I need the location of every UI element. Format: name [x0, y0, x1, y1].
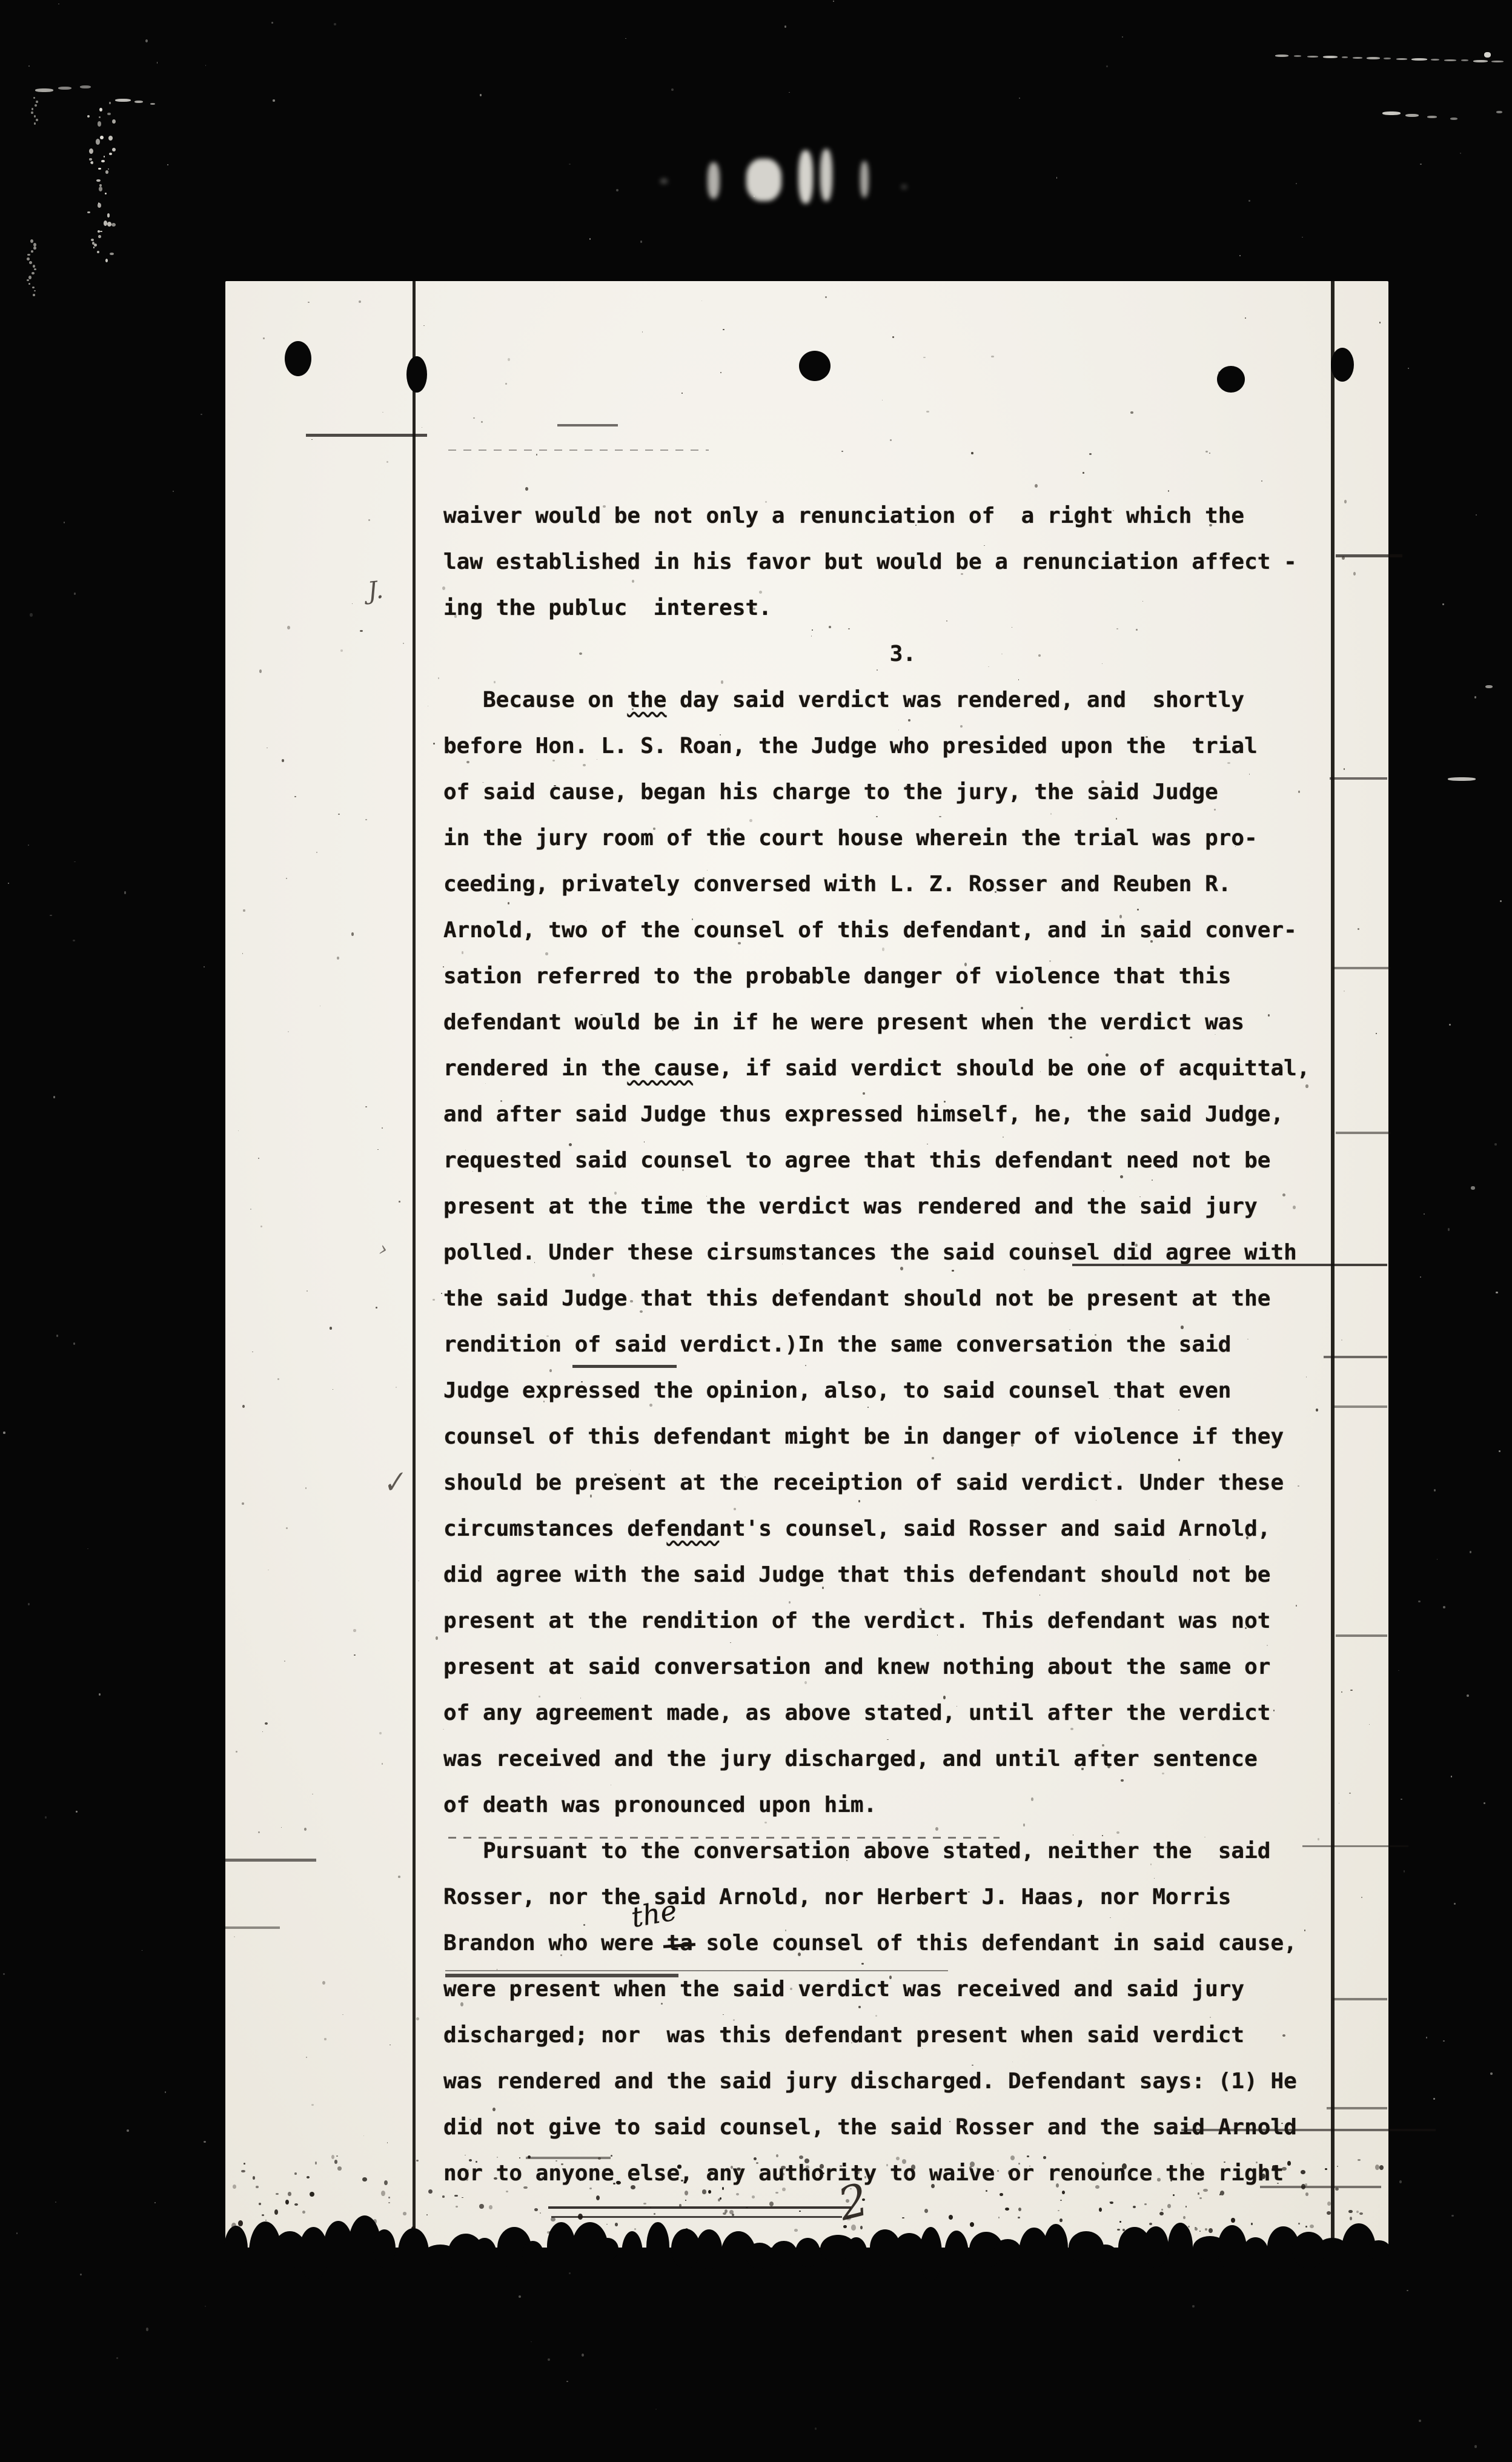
film-edge-mark: [150, 103, 155, 105]
film-speck: [1443, 2040, 1445, 2042]
ink-speck: [244, 2163, 245, 2165]
film-edge-writing-speck: [107, 213, 110, 217]
film-speck: [50, 915, 51, 916]
ink-speck: [1102, 1744, 1104, 1747]
ink-speck: [525, 487, 528, 491]
ink-speck: [1220, 2191, 1224, 2195]
film-edge-mark: [1491, 61, 1504, 62]
ink-speck: [932, 1457, 933, 1459]
torn-edge-blob: [522, 2241, 543, 2266]
typed-text: circumstances def: [443, 1516, 666, 1541]
film-edge-writing-speck: [110, 253, 114, 256]
ink-speck: [940, 704, 941, 706]
film-edge-writing-speck: [31, 272, 35, 274]
film-speck: [1418, 1601, 1420, 1602]
ink-speck: [286, 878, 287, 879]
film-edge-writing-speck: [28, 283, 30, 285]
film-background: waiver would be not only a renunciation …: [0, 0, 1512, 2462]
ink-speck: [340, 649, 343, 651]
film-edge-writing-speck: [111, 223, 116, 227]
ink-speck: [1189, 1559, 1190, 1560]
ink-speck: [1018, 2163, 1020, 2165]
ink-speck: [1008, 2170, 1012, 2175]
film-edge-mark: [115, 99, 131, 102]
film-speck: [1248, 200, 1250, 202]
scan-streak: [1333, 1998, 1387, 2000]
ink-speck: [1116, 818, 1117, 819]
ink-speck: [1348, 2210, 1352, 2213]
ink-speck: [746, 2207, 748, 2208]
ink-speck: [265, 1722, 268, 1725]
film-edge-mark: [1484, 52, 1491, 58]
typed-line: of any agreement made, as above stated, …: [443, 1700, 1270, 1727]
typed-line: the said Judge that this defendant shoul…: [443, 1286, 1270, 1312]
typed-line: requested said counsel to agree that thi…: [443, 1147, 1270, 1174]
hole-punch-mark: [1331, 348, 1354, 382]
typed-line: did not give to said counsel, the said R…: [443, 2114, 1297, 2141]
ink-speck: [1011, 1444, 1013, 1447]
ink-speck: [1277, 2183, 1279, 2184]
ink-speck: [1150, 940, 1152, 942]
ink-speck: [1115, 1616, 1115, 1617]
film-edge-mark: [1294, 55, 1301, 57]
ink-speck: [1282, 1193, 1285, 1196]
ink-speck: [988, 666, 989, 667]
ink-speck: [1003, 1136, 1004, 1138]
scan-streak: [445, 1970, 948, 1971]
scan-streak: [551, 2216, 842, 2218]
scan-streak: [1336, 554, 1402, 557]
ink-speck: [428, 2189, 433, 2194]
film-speck: [548, 2358, 550, 2361]
struck-out-word: tathe: [666, 1930, 692, 1957]
ink-speck: [466, 2080, 468, 2082]
ink-speck: [841, 792, 843, 794]
ink-speck: [924, 2209, 928, 2213]
ink-speck: [1060, 2200, 1062, 2201]
ink-speck: [723, 329, 724, 330]
ink-speck: [352, 603, 353, 604]
typed-line: was received and the jury discharged, an…: [443, 1746, 1258, 1773]
film-edge-writing-speck: [36, 119, 38, 121]
ink-speck: [920, 1608, 922, 1610]
ink-speck: [259, 2203, 262, 2205]
ink-speck: [1376, 1033, 1376, 1034]
ink-speck: [733, 2019, 735, 2021]
ink-speck: [806, 2165, 809, 2169]
film-edge-writing-speck: [32, 287, 35, 288]
film-edge-mark: [1342, 56, 1348, 58]
typed-line: rendition of said verdict.)In the same c…: [443, 1332, 1231, 1358]
typed-line: rendered in the cause, if said verdict s…: [443, 1055, 1310, 1082]
ink-speck: [294, 2172, 296, 2175]
ink-speck: [1296, 1605, 1297, 1607]
scan-streak: [1336, 1132, 1390, 1134]
left-margin-rule: [413, 281, 416, 2248]
ink-speck: [1023, 1823, 1026, 1827]
torn-edge-blob: [1044, 2224, 1068, 2272]
ink-speck: [583, 1924, 586, 1926]
film-speck: [205, 2306, 206, 2307]
ink-speck: [284, 1661, 285, 1662]
ink-speck: [545, 952, 548, 956]
ink-speck: [782, 2173, 784, 2175]
ink-speck: [906, 786, 907, 787]
film-speck: [80, 2274, 82, 2275]
ink-speck: [843, 2225, 847, 2229]
ink-speck: [701, 300, 702, 301]
film-edge-writing-speck: [91, 239, 94, 242]
ink-speck: [307, 1290, 308, 1292]
film-edge-writing-speck: [33, 97, 35, 99]
scan-streak: [1336, 1634, 1387, 1637]
ink-speck: [734, 1508, 736, 1510]
ink-speck: [579, 652, 582, 655]
film-edge-writing-speck: [98, 230, 100, 233]
ink-speck: [436, 1636, 439, 1640]
film-edge-writing-speck: [109, 153, 112, 154]
typed-line: sation referred to the probable danger o…: [443, 963, 1231, 990]
film-speck: [1302, 237, 1303, 238]
ink-speck: [1150, 1863, 1152, 1865]
film-edge-mark: [1450, 118, 1457, 120]
ink-speck: [1121, 1779, 1124, 1781]
ink-speck: [1325, 2168, 1327, 2170]
film-edge-writing-speck: [104, 156, 105, 158]
ink-speck: [971, 452, 973, 454]
film-speck: [204, 2141, 206, 2143]
film-edge-writing-speck: [112, 148, 116, 152]
ink-speck: [306, 2057, 307, 2058]
film-edge-writing-speck: [99, 184, 101, 187]
ink-speck: [661, 2003, 663, 2005]
ink-speck: [821, 2172, 824, 2175]
ink-speck: [1038, 1894, 1041, 1897]
ink-speck: [1245, 1627, 1247, 1629]
film-speck: [74, 592, 76, 595]
ink-speck: [304, 1828, 307, 1831]
frame-counter-blob: [660, 179, 668, 184]
typed-line: present at the rendition of the verdict.…: [443, 1608, 1270, 1634]
ink-speck: [1122, 2163, 1127, 2169]
ink-speck: [399, 1201, 400, 1202]
ink-speck: [416, 2017, 419, 2020]
torn-edge-blob: [771, 2241, 797, 2266]
typed-text: sole counsel of this defendant in said c…: [693, 1931, 1297, 1956]
film-speck: [1122, 36, 1123, 38]
film-speck: [154, 2202, 156, 2203]
ink-speck: [681, 393, 682, 393]
ink-speck: [1089, 453, 1092, 455]
ink-speck: [1103, 1190, 1104, 1192]
film-edge-writing-speck: [105, 170, 109, 174]
ink-speck: [360, 630, 362, 632]
ink-speck: [403, 2212, 407, 2215]
ink-speck: [1018, 2217, 1020, 2218]
film-speck: [1420, 1276, 1421, 1278]
film-speck: [1500, 900, 1502, 902]
ink-speck: [681, 2180, 683, 2182]
ink-speck: [997, 2170, 998, 2172]
ink-speck: [829, 626, 831, 628]
film-speck: [1437, 1559, 1438, 1560]
ink-speck: [250, 1209, 251, 1209]
scan-streak: [1330, 777, 1387, 780]
ink-speck: [634, 2228, 636, 2230]
ink-speck: [331, 2155, 335, 2159]
ink-speck: [1109, 1398, 1110, 1399]
film-speck: [1239, 255, 1241, 256]
ink-speck: [390, 2045, 391, 2045]
ink-speck: [1358, 2159, 1361, 2162]
ink-speck: [931, 2184, 935, 2188]
film-edge-writing-speck: [33, 265, 35, 268]
ink-speck: [1282, 2034, 1285, 2037]
ink-speck: [998, 2217, 1000, 2218]
film-edge-mark: [1353, 57, 1362, 59]
ink-speck: [782, 2188, 785, 2191]
film-speck: [1490, 2072, 1493, 2074]
film-edge-writing-speck: [112, 119, 116, 124]
ink-speck: [423, 325, 425, 326]
ink-speck: [1049, 960, 1051, 962]
film-speck: [1454, 1903, 1455, 1905]
film-speck: [1296, 183, 1297, 184]
ink-speck: [561, 2163, 563, 2165]
ink-speck: [915, 562, 916, 563]
ink-speck: [1227, 762, 1230, 764]
film-edge-writing-speck: [27, 254, 30, 256]
film-speck: [1424, 1213, 1425, 1215]
film-speck: [1433, 2098, 1435, 2100]
film-edge-mark: [80, 85, 91, 88]
ink-speck: [234, 1936, 235, 1937]
ink-speck: [1199, 2231, 1201, 2231]
typed-line: Rosser, nor the said Arnold, nor Herbert…: [443, 1884, 1231, 1911]
typed-line: counsel of this defendant might be in da…: [443, 1424, 1284, 1450]
film-speck: [833, 1, 834, 2]
film-speck: [53, 1096, 55, 1098]
ink-speck: [1256, 2162, 1258, 2163]
ink-speck: [1142, 601, 1143, 602]
film-speck: [655, 2409, 657, 2411]
film-edge-mark: [1396, 58, 1407, 60]
ink-speck: [1305, 2192, 1309, 2196]
film-speck: [87, 1548, 88, 1549]
typed-line: present at said conversation and knew no…: [443, 1654, 1270, 1681]
typed-text: nt's counsel, said Rosser and said Arnol…: [719, 1516, 1270, 1541]
typed-text: day said verdict was rendered, and short…: [666, 688, 1244, 712]
scan-streak: [1324, 1356, 1387, 1358]
film-edge-writing-speck: [100, 231, 103, 233]
typed-line: law established in his favor but would b…: [443, 549, 1297, 576]
ink-speck: [984, 545, 985, 546]
film-edge-writing-speck: [99, 187, 102, 191]
ink-speck: [1051, 1243, 1052, 1244]
ink-speck: [789, 1601, 791, 1604]
film-edge-writing-speck: [107, 113, 110, 116]
ink-speck: [497, 2157, 498, 2158]
film-edge-mark: [1427, 116, 1437, 118]
film-edge-mark: [58, 87, 71, 90]
ink-speck: [1070, 1728, 1073, 1730]
hole-punch-mark: [406, 356, 427, 393]
film-speck: [16, 2232, 18, 2234]
ink-speck: [362, 2177, 367, 2182]
torn-edge-blob: [472, 2238, 497, 2272]
ink-speck: [846, 2217, 851, 2220]
ink-speck: [1267, 1645, 1268, 1646]
ink-speck: [1249, 774, 1250, 775]
ink-speck: [324, 2038, 326, 2040]
ink-speck: [549, 1369, 552, 1372]
film-edge-mark: [1411, 58, 1427, 61]
typed-line: in the jury room of the court house wher…: [443, 825, 1258, 852]
ink-speck: [377, 1149, 378, 1150]
film-edge-writing-speck: [93, 247, 94, 248]
ink-speck: [342, 2014, 343, 2016]
ink-speck: [1246, 1536, 1248, 1539]
film-speck: [566, 2381, 568, 2382]
ink-speck: [443, 1729, 444, 1730]
ink-speck: [746, 2076, 747, 2077]
typed-line: Arnold, two of the counsel of this defen…: [443, 917, 1297, 944]
ink-speck: [1239, 1118, 1240, 1119]
ink-speck: [1149, 2223, 1152, 2225]
film-speck: [531, 2341, 532, 2342]
ink-speck: [316, 852, 317, 853]
typed-text: se, if said verdict should be one of acq…: [693, 1056, 1310, 1081]
ink-speck: [1173, 2194, 1175, 2196]
film-edge-writing-speck: [105, 193, 107, 194]
ink-speck: [1203, 2189, 1208, 2192]
film-speck: [204, 966, 205, 967]
torn-edge-blob: [373, 2229, 396, 2268]
ink-speck: [1110, 2202, 1113, 2205]
torn-edge-blob: [1168, 2223, 1193, 2271]
film-speck: [1476, 514, 1477, 516]
ink-speck: [1136, 629, 1138, 631]
ink-speck: [986, 2174, 989, 2177]
ink-speck: [804, 2158, 809, 2163]
ink-speck: [640, 1310, 643, 1313]
ink-speck: [590, 1495, 592, 1497]
ink-speck: [441, 1293, 442, 1294]
film-speck: [1019, 98, 1020, 99]
film-speck: [519, 2295, 521, 2298]
ink-speck: [334, 2160, 337, 2164]
ink-speck: [1033, 890, 1034, 891]
ink-speck: [887, 1739, 888, 1740]
ink-speck: [702, 2189, 706, 2194]
film-edge-mark: [1307, 56, 1318, 58]
film-speck: [28, 844, 29, 846]
typed-line: Brandon who were tathe sole counsel of t…: [443, 1930, 1297, 1957]
film-edge-writing-speck: [87, 211, 90, 214]
film-edge-mark: [1496, 111, 1502, 113]
film-edge-mark: [1275, 55, 1288, 57]
film-edge-mark: [134, 101, 143, 103]
frame-counter-blob: [746, 159, 781, 201]
film-speck: [3, 1973, 4, 1975]
film-edge-writing-speck: [31, 111, 33, 114]
film-edge-writing-speck: [109, 102, 111, 104]
ink-speck: [243, 909, 245, 912]
scan-streak: [1327, 2107, 1387, 2109]
film-speck: [45, 1816, 47, 1818]
film-speck: [815, 2427, 817, 2430]
ink-speck: [1305, 2183, 1308, 2186]
film-speck: [76, 1811, 78, 1812]
frame-counter-blob: [860, 161, 869, 197]
ink-speck: [1102, 1835, 1103, 1836]
film-edge-mark: [1444, 59, 1456, 61]
ink-speck: [898, 729, 899, 731]
film-edge-writing-speck: [96, 179, 101, 182]
ink-speck: [804, 1681, 807, 1684]
ink-speck: [1337, 2166, 1338, 2167]
film-speck: [616, 189, 618, 191]
hole-punch-mark: [285, 341, 311, 376]
film-speck: [569, 2272, 571, 2274]
ink-speck: [811, 635, 812, 636]
ink-speck: [1107, 1764, 1110, 1768]
ink-speck: [322, 1981, 325, 1985]
frame-counter-blob: [901, 185, 907, 189]
torn-edge-blob: [746, 2243, 774, 2269]
frame-counter-blob: [798, 150, 813, 204]
film-speck: [271, 22, 273, 24]
ink-speck: [551, 2217, 555, 2221]
ink-speck: [1198, 2192, 1199, 2195]
torn-edge-blob: [944, 2231, 969, 2278]
ink-speck: [1101, 780, 1104, 784]
ink-speck: [600, 1014, 603, 1016]
ink-speck: [727, 828, 730, 831]
film-speck: [1449, 1024, 1451, 1026]
ink-speck: [1095, 1334, 1096, 1336]
ink-speck: [769, 2202, 774, 2206]
ink-speck: [368, 519, 370, 521]
hole-punch-mark: [799, 351, 831, 381]
ink-speck: [1161, 2209, 1163, 2211]
ink-speck: [799, 2155, 803, 2159]
ink-speck: [1349, 1793, 1350, 1794]
ink-speck: [418, 1581, 419, 1581]
film-speck: [1451, 2215, 1454, 2217]
ink-speck: [288, 2192, 291, 2196]
typed-line: did agree with the said Judge that this …: [443, 1562, 1270, 1588]
film-speck: [1460, 153, 1461, 154]
ink-speck: [872, 1843, 873, 1844]
film-speck: [73, 940, 75, 941]
ink-speck: [1272, 2165, 1276, 2169]
ink-speck: [1379, 2165, 1384, 2170]
ink-speck: [946, 620, 947, 622]
ink-speck: [1146, 736, 1147, 738]
ink-speck: [1298, 2223, 1300, 2224]
torn-edge-blob: [224, 2226, 248, 2272]
ink-speck: [1018, 679, 1020, 680]
typed-line: was rendered and the said jury discharge…: [443, 2068, 1297, 2095]
ink-speck: [1287, 2161, 1291, 2166]
film-speck: [1398, 1670, 1399, 1671]
film-speck: [142, 1950, 143, 1951]
ink-speck: [1102, 663, 1102, 664]
ink-speck: [1157, 2178, 1161, 2181]
ink-speck: [911, 2165, 915, 2170]
film-edge-writing-speck: [27, 279, 29, 281]
